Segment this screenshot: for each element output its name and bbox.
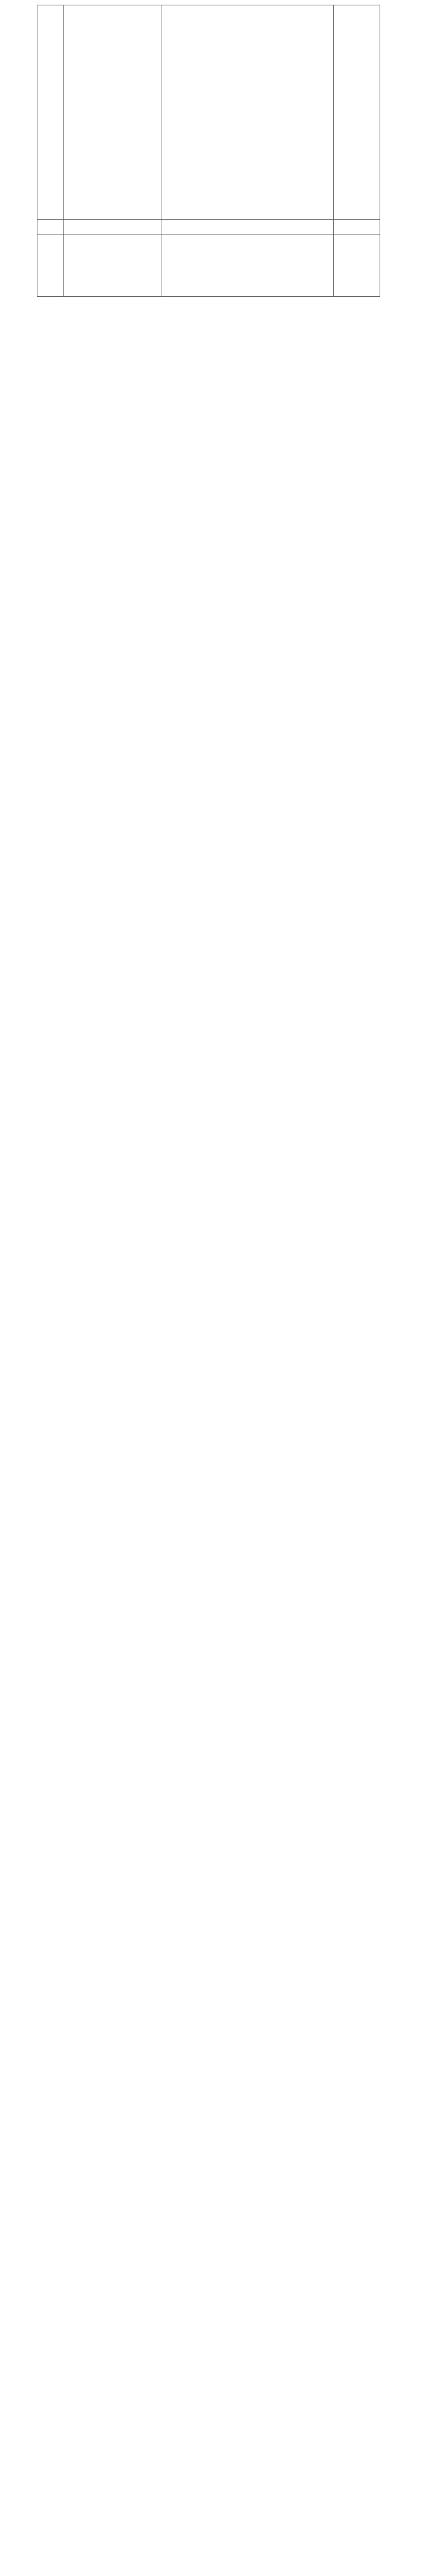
resource-note xyxy=(334,235,380,297)
teaching-resources-table xyxy=(37,5,380,297)
table-row xyxy=(37,220,380,235)
row-number xyxy=(37,220,64,235)
row-number xyxy=(37,235,64,297)
resource-note xyxy=(334,5,380,220)
resource-list xyxy=(162,235,333,297)
resource-list xyxy=(162,5,333,220)
resource-name xyxy=(63,5,162,220)
row-number xyxy=(37,5,64,220)
resource-note xyxy=(334,220,380,235)
resource-name xyxy=(63,220,162,235)
resource-name xyxy=(63,235,162,297)
paragraph xyxy=(40,495,387,585)
resource-list xyxy=(162,220,333,235)
table-row xyxy=(37,235,380,297)
table-row xyxy=(37,5,380,220)
